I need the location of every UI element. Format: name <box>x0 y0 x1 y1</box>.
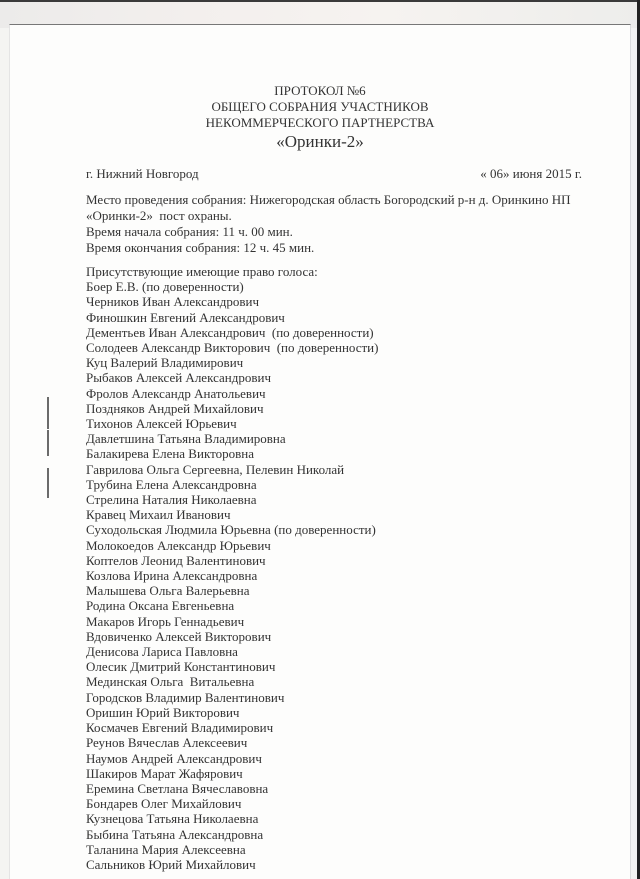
attendee-item: Трубина Елена Александровна <box>86 477 566 492</box>
attendee-item: Макаров Игорь Геннадьевич <box>86 614 566 629</box>
attendee-item: Боер Е.В. (по доверенности) <box>86 279 566 294</box>
attendee-item: Козлова Ирина Александровна <box>86 568 566 583</box>
place-date-row: г. Нижний Новгород « 06» июня 2015 г. <box>86 166 582 182</box>
attendee-item: Давлетшина Татьяна Владимировна <box>86 431 566 446</box>
meeting-details: Место проведения собрания: Нижегородская… <box>86 192 586 256</box>
attendee-item: Фролов Александр Анатольевич <box>86 386 566 401</box>
meeting-end-time: Время окончания собрания: 12 ч. 45 мин. <box>86 240 586 256</box>
attendee-item: Гаврилова Ольга Сергеевна, Пелевин Никол… <box>86 462 566 477</box>
attendee-item: Оришин Юрий Викторович <box>86 705 566 720</box>
attendee-item: Тихонов Алексей Юрьевич <box>86 416 566 431</box>
attendee-item: Дементьев Иван Александрович (по доверен… <box>86 325 566 340</box>
attendee-list: Боер Е.В. (по доверенности)Черников Иван… <box>86 279 566 872</box>
attendee-item: Олесик Дмитрий Константинович <box>86 659 566 674</box>
attendee-item: Вдовиченко Алексей Викторович <box>86 629 566 644</box>
title-line-3: НЕКОММЕРЧЕСКОГО ПАРТНЕРСТВА <box>0 115 640 131</box>
city: г. Нижний Новгород <box>86 166 199 181</box>
title-line-1: ПРОТОКОЛ №6 <box>0 83 640 99</box>
attendee-item: Реунов Вячеслав Алексеевич <box>86 735 566 750</box>
attendee-item: Балакирева Елена Викторовна <box>86 446 566 461</box>
attendee-item: Наумов Андрей Александрович <box>86 751 566 766</box>
attendee-item: Таланина Мария Алексеевна <box>86 842 566 857</box>
attendee-item: Суходольская Людмила Юрьевна (по доверен… <box>86 522 566 537</box>
attendee-item: Быбина Татьяна Александровна <box>86 827 566 842</box>
attendee-item: Коптелов Леонид Валентинович <box>86 553 566 568</box>
attendee-item: Сальников Юрий Михайлович <box>86 857 566 872</box>
attendee-item: Родина Оксана Евгеньевна <box>86 598 566 613</box>
attendee-item: Еремина Светлана Вячеславовна <box>86 781 566 796</box>
attendee-item: Денисова Лариса Павловна <box>86 644 566 659</box>
attendee-item: Куц Валерий Владимирович <box>86 355 566 370</box>
document-date: « 06» июня 2015 г. <box>480 166 582 182</box>
attendee-item: Городсков Владимир Валентинович <box>86 690 566 705</box>
meeting-location-line-1: Место проведения собрания: Нижегородская… <box>86 192 586 208</box>
attendee-item: Мединская Ольга Витальевна <box>86 674 566 689</box>
attendee-item: Шакиров Марат Жафярович <box>86 766 566 781</box>
attendee-item: Поздняков Андрей Михайлович <box>86 401 566 416</box>
title-line-2: ОБЩЕГО СОБРАНИЯ УЧАСТНИКОВ <box>0 99 640 115</box>
attendees-heading: Присутствующие имеющие право голоса: <box>86 264 566 279</box>
attendees-section: Присутствующие имеющие право голоса: Бое… <box>86 264 566 872</box>
attendee-item: Кравец Михаил Иванович <box>86 507 566 522</box>
attendee-item: Кузнецова Татьяна Николаевна <box>86 811 566 826</box>
margin-mark <box>47 430 49 456</box>
attendee-item: Бондарев Олег Михайлович <box>86 796 566 811</box>
attendee-item: Рыбаков Алексей Александрович <box>86 370 566 385</box>
document-title: ПРОТОКОЛ №6 ОБЩЕГО СОБРАНИЯ УЧАСТНИКОВ Н… <box>0 83 640 153</box>
organization-name: «Оринки-2» <box>0 131 640 153</box>
attendee-item: Малышева Ольга Валерьевна <box>86 583 566 598</box>
attendee-item: Черников Иван Александрович <box>86 294 566 309</box>
margin-mark <box>47 468 49 498</box>
attendee-item: Солодеев Александр Викторович (по довере… <box>86 340 566 355</box>
attendee-item: Финошкин Евгений Александрович <box>86 310 566 325</box>
meeting-location-line-2: «Оринки-2» пост охраны. <box>86 208 586 224</box>
margin-mark <box>47 397 49 429</box>
meeting-start-time: Время начала собрания: 11 ч. 00 мин. <box>86 224 586 240</box>
attendee-item: Стрелина Наталия Николаевна <box>86 492 566 507</box>
attendee-item: Космачев Евгений Владимирович <box>86 720 566 735</box>
attendee-item: Молокоедов Александр Юрьевич <box>86 538 566 553</box>
